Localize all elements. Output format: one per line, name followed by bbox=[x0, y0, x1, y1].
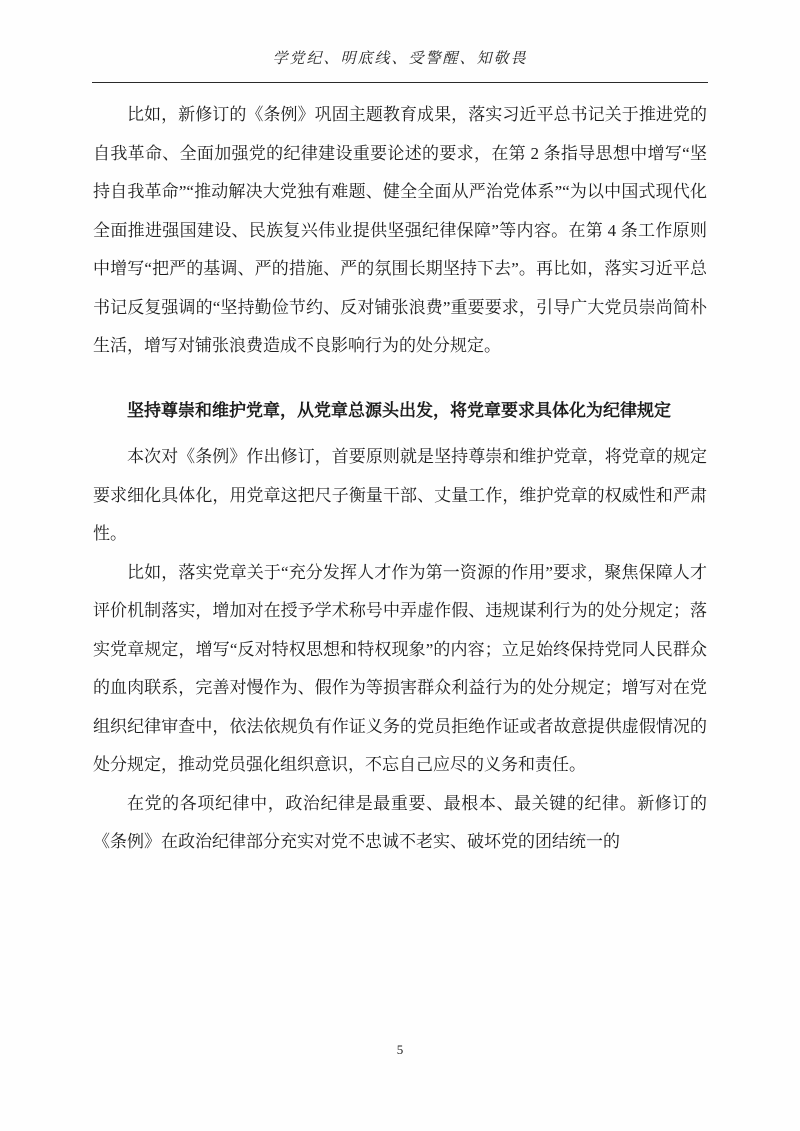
section-heading: 坚持尊崇和维护党章，从党章总源头出发，将党章要求具体化为纪律规定 bbox=[93, 392, 707, 431]
document-body: 比如，新修订的《条例》巩固主题教育成果，落实习近平总书记关于推进党的自我革命、全… bbox=[93, 96, 707, 862]
paragraph: 在党的各项纪律中，政治纪律是最重要、最根本、最关键的纪律。新修订的《条例》在政治… bbox=[93, 785, 707, 862]
header-rule bbox=[92, 82, 708, 83]
document-page: 学党纪、明底线、受警醒、知敬畏 比如，新修订的《条例》巩固主题教育成果，落实习近… bbox=[0, 0, 800, 1131]
page-number: 5 bbox=[0, 1042, 800, 1058]
paragraph: 比如，落实党章关于“充分发挥人才作为第一资源的作用”要求，聚焦保障人才评价机制落… bbox=[93, 554, 707, 785]
paragraph: 本次对《条例》作出修订，首要原则就是坚持尊崇和维护党章，将党章的规定要求细化具体… bbox=[93, 438, 707, 554]
paragraph: 比如，新修订的《条例》巩固主题教育成果，落实习近平总书记关于推进党的自我革命、全… bbox=[93, 96, 707, 366]
running-head: 学党纪、明底线、受警醒、知敬畏 bbox=[0, 48, 800, 70]
